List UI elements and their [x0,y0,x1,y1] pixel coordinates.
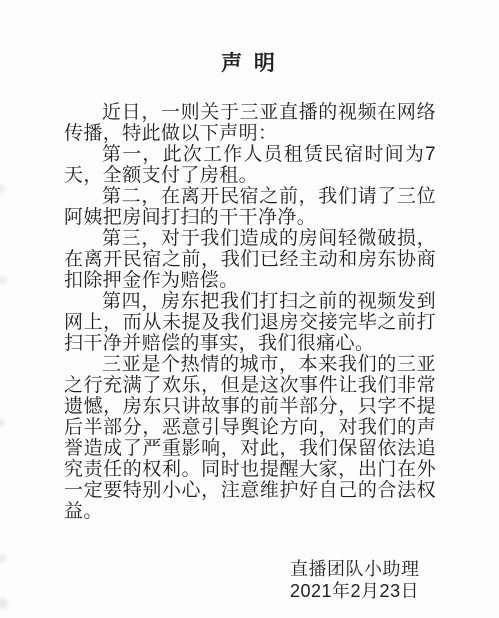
paragraph-point-3: 第三，对于我们造成的房间轻微破损，在离开民宿之前，我们已经主动和房东协商扣除押金… [64,228,436,291]
statement-title: 声 明 [0,0,499,76]
paragraph-intro: 近日，一则关于三亚直播的视频在网络传播，特此做以下声明： [64,102,436,144]
statement-body: 近日，一则关于三亚直播的视频在网络传播，特此做以下声明： 第一，此次工作人员租赁… [64,102,436,602]
paragraph-point-2: 第二，在离开民宿之前，我们请了三位阿姨把房间打扫的干干净净。 [64,186,436,228]
signature-block: 直播团队小助理 2021年2月23日 [290,559,436,602]
signature-author: 直播团队小助理 [290,559,436,581]
signature-date: 2021年2月23日 [290,581,436,603]
paragraph-closing: 三亚是个热情的城市，本来我们的三亚之行充满了欢乐，但是这次事件让我们非常遗憾，房… [64,354,436,522]
statement-document: 声 明 近日，一则关于三亚直播的视频在网络传播，特此做以下声明： 第一，此次工作… [0,0,499,618]
paragraph-point-4: 第四，房东把我们打扫之前的视频发到网上，而从未提及我们退房交接完毕之前打扫干净并… [64,291,436,354]
paragraph-point-1: 第一，此次工作人员租赁民宿时间为7天，全额支付了房租。 [64,144,436,186]
